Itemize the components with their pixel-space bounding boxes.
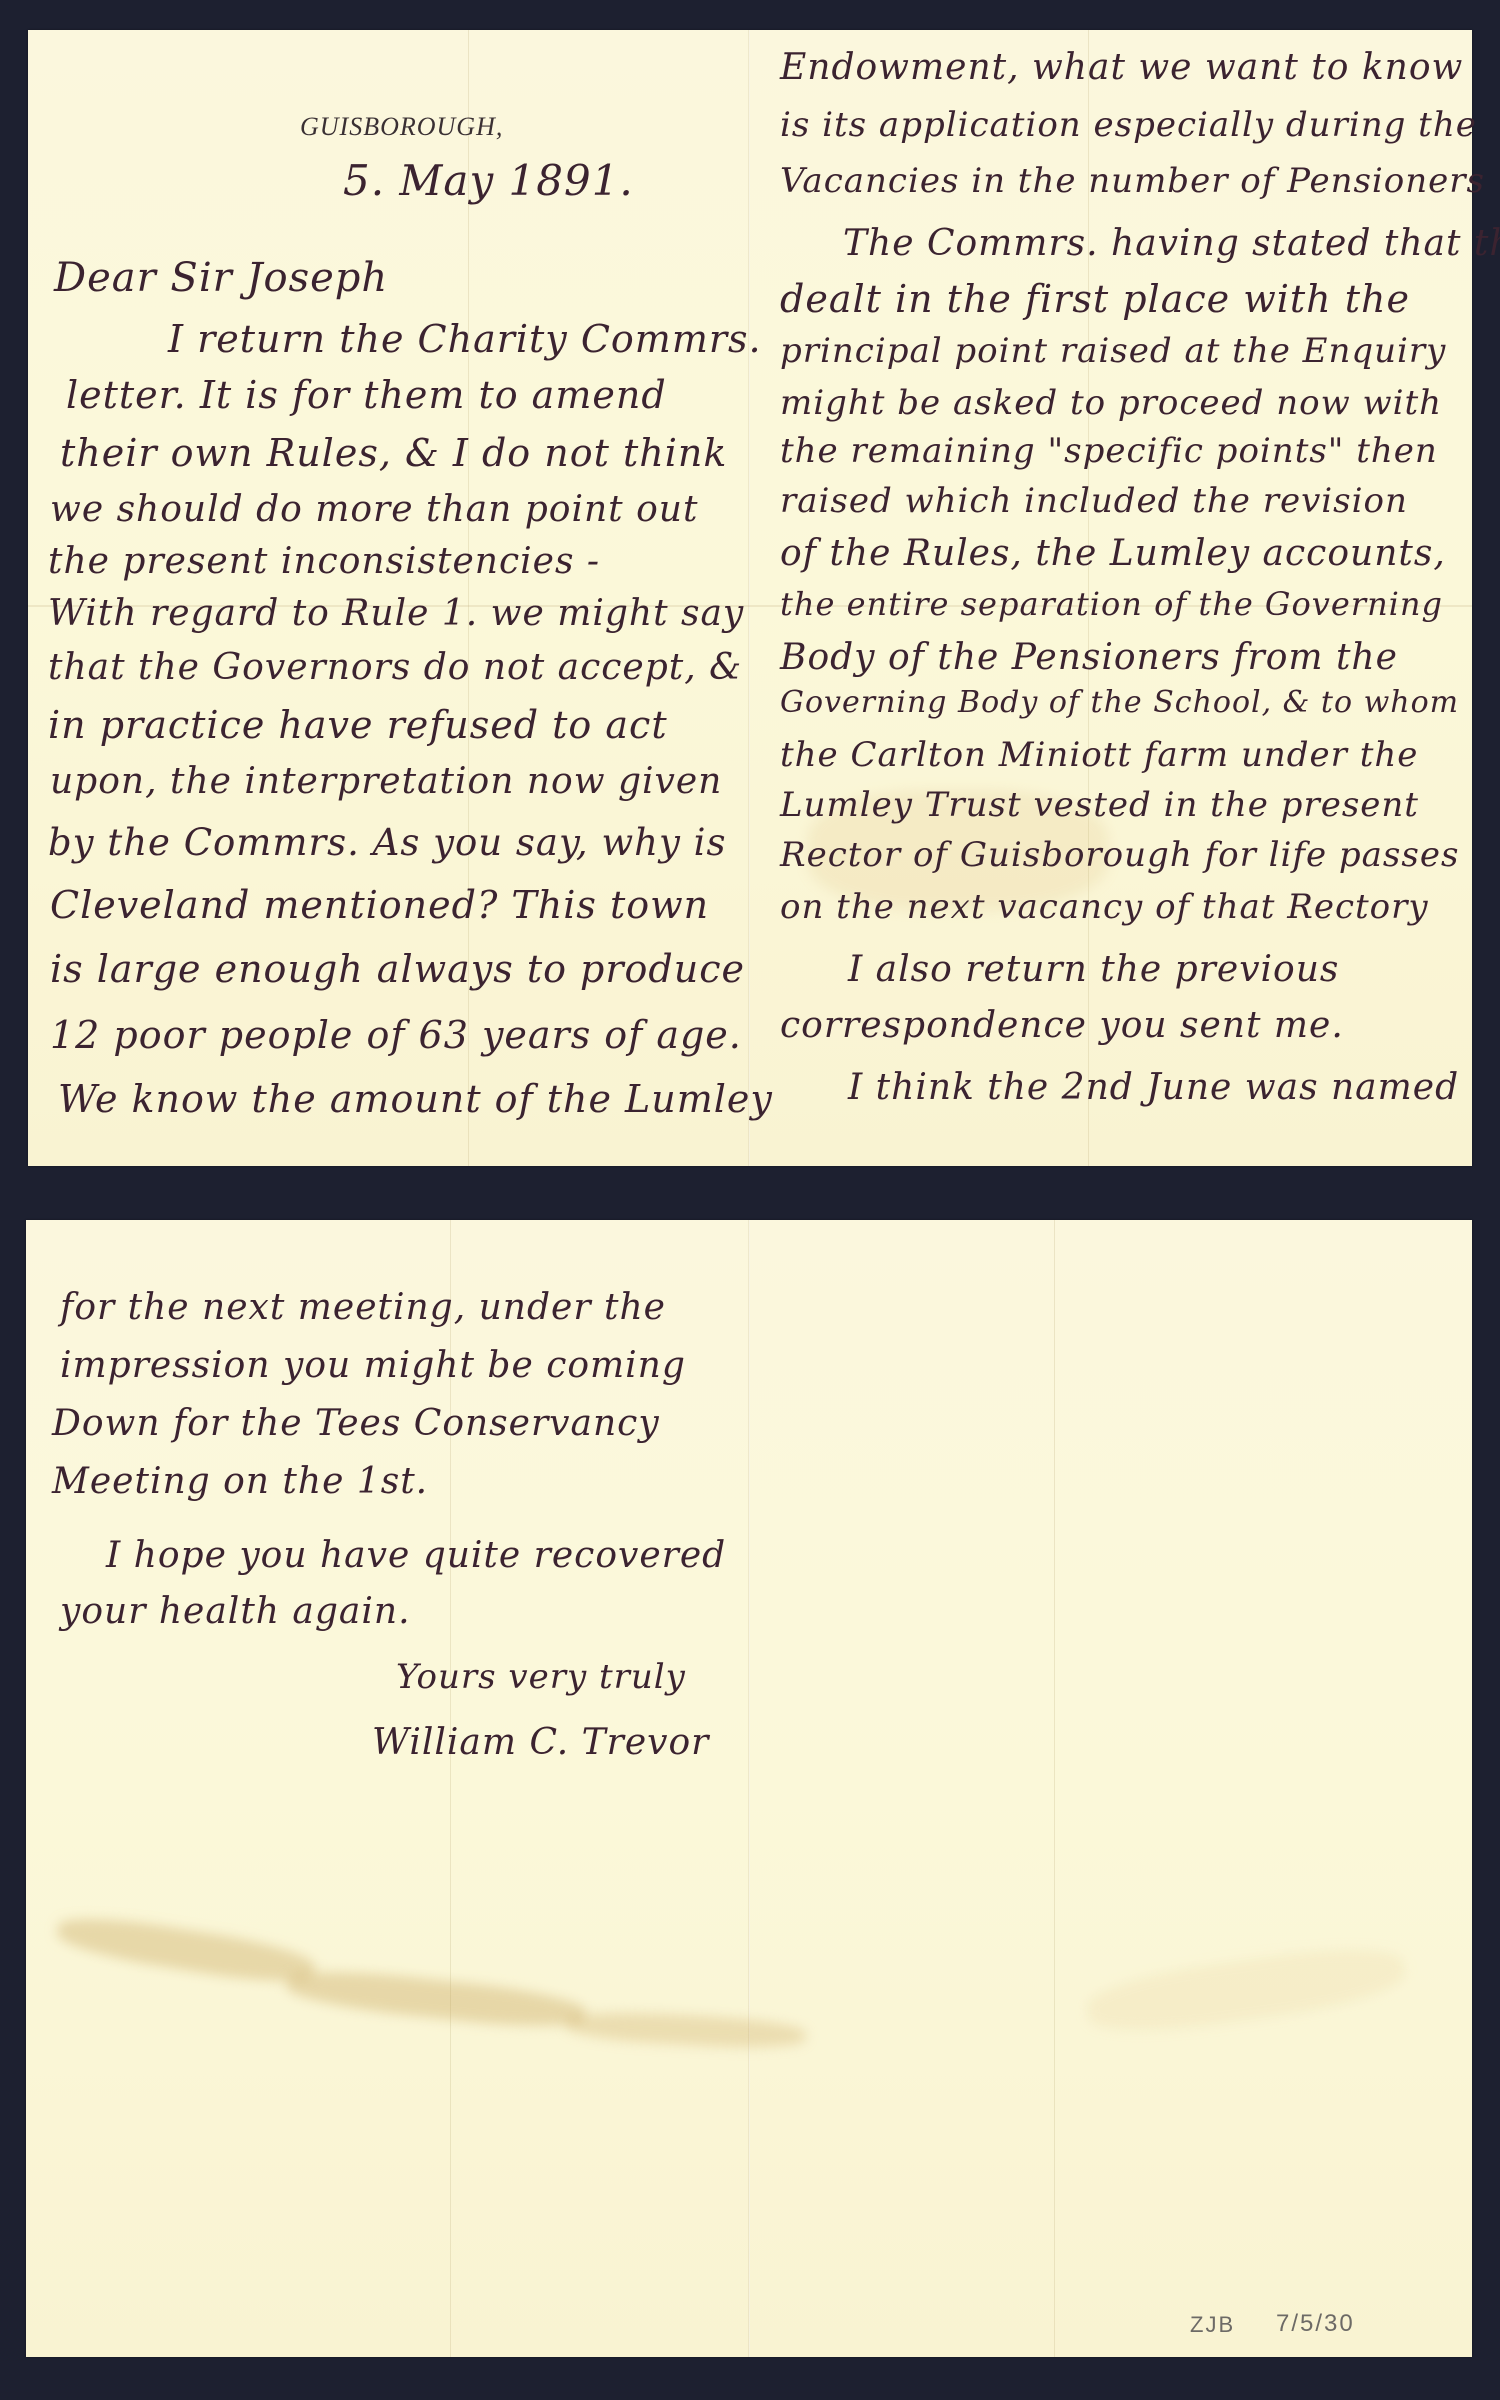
text-line: might be asked to proceed now with (780, 386, 1442, 420)
text-line: is its application especially during the (780, 108, 1477, 142)
text-line: We know the amount of the Lumley (58, 1080, 773, 1118)
closing: Yours very truly (396, 1660, 686, 1694)
text-line: Governing Body of the School, & to whom (780, 688, 1459, 718)
text-line: Cleveland mentioned? This town (50, 886, 709, 924)
text-line: raised which included the revision (780, 484, 1408, 518)
fold-crease (450, 1220, 451, 2357)
text-line: With regard to Rule 1. we might say (48, 596, 744, 632)
text-line: for the next meeting, under the (60, 1290, 666, 1326)
text-line: that the Governors do not accept, & (48, 650, 742, 686)
archive-date: 7/5/30 (1276, 2310, 1355, 2338)
text-line: the present inconsistencies - (48, 544, 600, 580)
letter-date: 5. May 1891. (343, 160, 634, 202)
salutation: Dear Sir Joseph (54, 258, 388, 298)
text-line: Down for the Tees Conservancy (52, 1406, 660, 1442)
text-line: letter. It is for them to amend (66, 376, 667, 414)
text-line: Vacancies in the number of Pensioners (780, 164, 1485, 198)
fold-crease (1054, 1220, 1055, 2357)
text-line: is large enough always to produce (50, 950, 745, 988)
center-fold (748, 1220, 750, 2357)
text-line: upon, the interpretation now given (50, 764, 722, 800)
center-fold (748, 30, 750, 1166)
text-line: their own Rules, & I do not think (60, 434, 727, 472)
text-line: I think the 2nd June was named (848, 1070, 1459, 1106)
text-line: the entire separation of the Governing (780, 588, 1443, 620)
letter-sheet-bottom: for the next meeting, under the impressi… (26, 1220, 1472, 2357)
text-line: dealt in the first place with the (780, 280, 1410, 318)
water-stain (54, 1910, 317, 1990)
water-stain (565, 2009, 806, 2052)
text-line: I also return the previous (848, 952, 1339, 988)
text-line: 12 poor people of 63 years of age. (50, 1016, 742, 1054)
text-line: I return the Charity Commrs. (168, 320, 762, 358)
text-line: your health again. (60, 1594, 411, 1630)
text-line: on the next vacancy of that Rectory (780, 890, 1429, 924)
signature: William C. Trevor (372, 1725, 709, 1761)
text-line: we should do more than point out (50, 492, 698, 528)
text-line: of the Rules, the Lumley accounts, (780, 536, 1446, 572)
text-line: Meeting on the 1st. (52, 1464, 428, 1500)
letterhead-town: GUISBOROUGH, (300, 112, 503, 142)
text-line: I hope you have quite recovered (106, 1538, 726, 1574)
text-line: by the Commrs. As you say, why is (48, 824, 726, 861)
faint-stain (1083, 1938, 1408, 2042)
text-line: correspondence you sent me. (780, 1008, 1344, 1044)
text-line: the Carlton Miniott farm under the (780, 738, 1418, 772)
text-line: Lumley Trust vested in the present (780, 788, 1419, 822)
text-line: Body of the Pensioners from the (780, 640, 1398, 676)
text-line: impression you might be coming (60, 1348, 686, 1384)
text-line: the remaining "specific points" then (780, 434, 1438, 468)
text-line: principal point raised at the Enquiry (780, 334, 1446, 368)
water-stain (285, 1964, 587, 2033)
text-line: Rector of Guisborough for life passes (780, 838, 1459, 872)
text-line: Endowment, what we want to know (780, 50, 1463, 86)
text-line: in practice have refused to act (48, 706, 668, 744)
letter-sheet-top: GUISBOROUGH, 5. May 1891. Dear Sir Josep… (28, 30, 1472, 1166)
archive-initials: ZJB (1190, 2312, 1235, 2338)
text-line: The Commrs. having stated that they (843, 226, 1500, 262)
